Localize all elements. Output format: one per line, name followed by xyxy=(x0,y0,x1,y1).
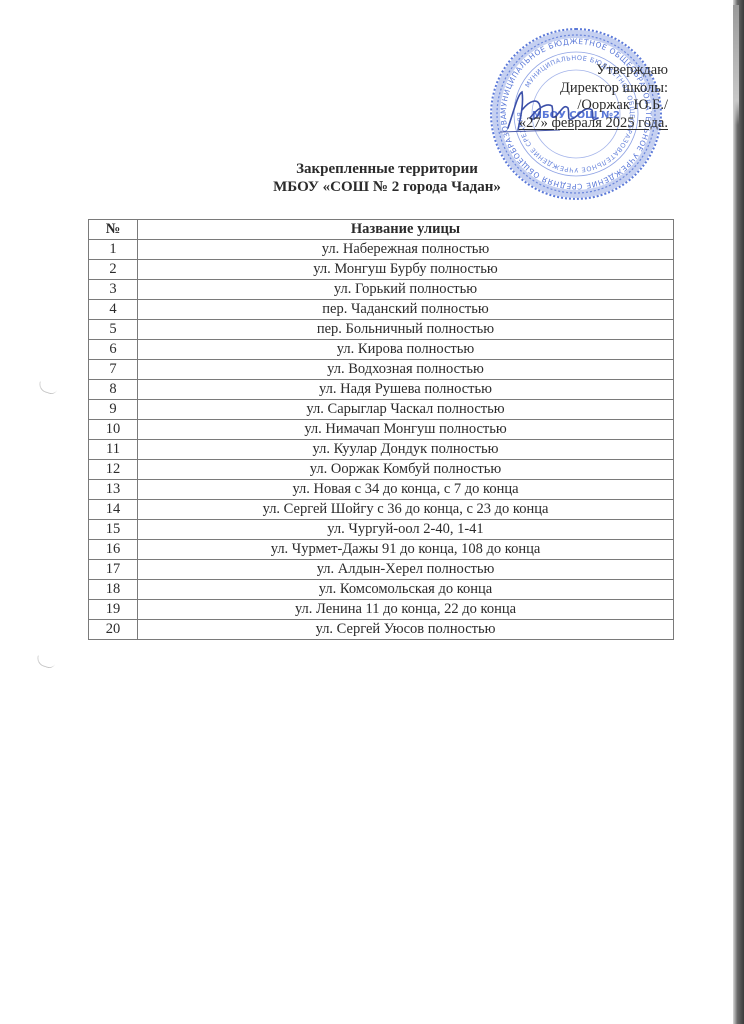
table-row: 6ул. Кирова полностью xyxy=(89,340,674,360)
table-row: 9ул. Сарыглар Часкал полностью xyxy=(89,400,674,420)
table-row: 17ул. Алдын-Херел полностью xyxy=(89,560,674,580)
table-header-row: № Название улицы xyxy=(89,220,674,240)
table-row: 12ул. Ооржак Комбуй полностью xyxy=(89,460,674,480)
street-name: ул. Нимачап Монгуш полностью xyxy=(138,420,674,440)
row-number: 15 xyxy=(89,520,138,540)
row-number: 1 xyxy=(89,240,138,260)
street-name: ул. Ленина 11 до конца, 22 до конца xyxy=(138,600,674,620)
table-row: 1ул. Набережная полностью xyxy=(89,240,674,260)
row-number: 10 xyxy=(89,420,138,440)
table-row: 14ул. Сергей Шойгу с 36 до конца, с 23 д… xyxy=(89,500,674,520)
title-line-2: МБОУ «СОШ № 2 города Чадан» xyxy=(0,178,744,196)
table-row: 11ул. Куулар Дондук полностью xyxy=(89,440,674,460)
table-row: 13ул. Новая с 34 до конца, с 7 до конца xyxy=(89,480,674,500)
street-name: ул. Комсомольская до конца xyxy=(138,580,674,600)
row-number: 2 xyxy=(89,260,138,280)
approval-director-name: /Ооржак Ю.Б./ xyxy=(519,97,668,115)
title-line-1: Закрепленные территории xyxy=(0,160,744,178)
table-row: 19ул. Ленина 11 до конца, 22 до конца xyxy=(89,600,674,620)
table-row: 5пер. Больничный полностью xyxy=(89,320,674,340)
approval-block: Утверждаю Директор школы: /Ооржак Ю.Б./ … xyxy=(519,62,668,132)
table-row: 3ул. Горький полностью xyxy=(89,280,674,300)
row-number: 6 xyxy=(89,340,138,360)
streets-table: № Название улицы 1ул. Набережная полност… xyxy=(88,219,674,640)
street-name: ул. Ооржак Комбуй полностью xyxy=(138,460,674,480)
scan-page-edge-shadow xyxy=(733,5,739,125)
table-row: 4пер. Чаданский полностью xyxy=(89,300,674,320)
street-name: ул. Куулар Дондук полностью xyxy=(138,440,674,460)
street-name: ул. Монгуш Бурбу полностью xyxy=(138,260,674,280)
row-number: 9 xyxy=(89,400,138,420)
street-name: ул. Сергей Уюсов полностью xyxy=(138,620,674,640)
row-number: 3 xyxy=(89,280,138,300)
street-name: ул. Чургуй-оол 2-40, 1-41 xyxy=(138,520,674,540)
row-number: 18 xyxy=(89,580,138,600)
street-name: ул. Сергей Шойгу с 36 до конца, с 23 до … xyxy=(138,500,674,520)
streets-table-body: 1ул. Набережная полностью2ул. Монгуш Бур… xyxy=(89,240,674,640)
table-row: 8ул. Надя Рушева полностью xyxy=(89,380,674,400)
row-number: 17 xyxy=(89,560,138,580)
row-number: 13 xyxy=(89,480,138,500)
row-number: 19 xyxy=(89,600,138,620)
row-number: 12 xyxy=(89,460,138,480)
street-name: ул. Надя Рушева полностью xyxy=(138,380,674,400)
table-row: 7ул. Водхозная полностью xyxy=(89,360,674,380)
street-name: ул. Сарыглар Часкал полностью xyxy=(138,400,674,420)
table-row: 20ул. Сергей Уюсов полностью xyxy=(89,620,674,640)
row-number: 4 xyxy=(89,300,138,320)
row-number: 20 xyxy=(89,620,138,640)
row-number: 7 xyxy=(89,360,138,380)
street-name: ул. Горький полностью xyxy=(138,280,674,300)
document-title: Закрепленные территории МБОУ «СОШ № 2 го… xyxy=(0,160,744,196)
scan-artifact-mark xyxy=(35,655,56,669)
row-number: 16 xyxy=(89,540,138,560)
table-row: 16ул. Чурмет-Дажы 91 до конца, 108 до ко… xyxy=(89,540,674,560)
table-row: 18ул. Комсомольская до конца xyxy=(89,580,674,600)
row-number: 5 xyxy=(89,320,138,340)
street-name: ул. Водхозная полностью xyxy=(138,360,674,380)
column-header-number: № xyxy=(89,220,138,240)
approval-heading: Утверждаю xyxy=(519,62,668,80)
scan-artifact-mark xyxy=(37,381,58,395)
street-name: ул. Кирова полностью xyxy=(138,340,674,360)
street-name: ул. Чурмет-Дажы 91 до конца, 108 до конц… xyxy=(138,540,674,560)
row-number: 8 xyxy=(89,380,138,400)
table-row: 15ул. Чургуй-оол 2-40, 1-41 xyxy=(89,520,674,540)
table-row: 10ул. Нимачап Монгуш полностью xyxy=(89,420,674,440)
street-name: ул. Набережная полностью xyxy=(138,240,674,260)
approval-position: Директор школы: xyxy=(519,80,668,98)
column-header-street: Название улицы xyxy=(138,220,674,240)
street-name: ул. Новая с 34 до конца, с 7 до конца xyxy=(138,480,674,500)
scan-page-edge xyxy=(733,0,744,1024)
approval-date: «27» февраля 2025 года. xyxy=(519,115,668,133)
row-number: 14 xyxy=(89,500,138,520)
street-name: пер. Чаданский полностью xyxy=(138,300,674,320)
table-row: 2ул. Монгуш Бурбу полностью xyxy=(89,260,674,280)
street-name: ул. Алдын-Херел полностью xyxy=(138,560,674,580)
street-name: пер. Больничный полностью xyxy=(138,320,674,340)
row-number: 11 xyxy=(89,440,138,460)
